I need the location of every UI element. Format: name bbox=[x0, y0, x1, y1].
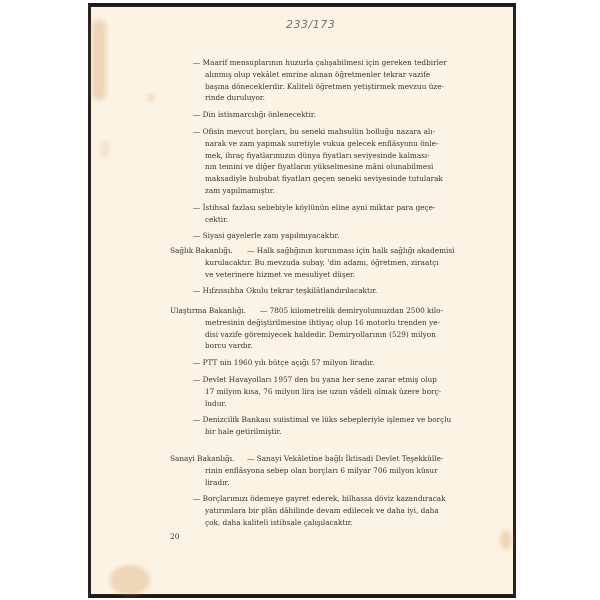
section-intro-line: metresinin değiştirilmesine ihtiyaç olup… bbox=[205, 317, 440, 329]
list-item-line: — Maarif mensuplarının huzurla çalışabil… bbox=[193, 57, 447, 69]
list-item-line: bir hale getirilmiştir. bbox=[205, 426, 282, 438]
paper-stain bbox=[500, 530, 512, 550]
page-number: 20 bbox=[170, 532, 180, 541]
section-heading: Sağlık Bakanlığı. bbox=[170, 245, 233, 257]
list-item-line: başına döneceklerdir. Kaliteli öğretmen … bbox=[205, 81, 444, 93]
section-heading: Sanayi Bakanlığı. bbox=[170, 453, 234, 465]
list-item-line: rinde duruluyor. bbox=[205, 92, 265, 104]
list-item-line: — Hıfzıssıhha Okulu tekrar teşkilâtlandı… bbox=[193, 285, 377, 297]
paper-stain bbox=[100, 140, 110, 158]
list-item-line: zam yapılmamıştır. bbox=[205, 185, 275, 197]
list-item-line: 17 milyon kısa, 76 milyon lira ise uzun … bbox=[205, 386, 441, 398]
section-intro-line: ve veterinere hizmet ve mesuliyet düşer. bbox=[205, 269, 355, 281]
section-intro-line: borcu vardır. bbox=[205, 340, 253, 352]
handwritten-note: 233/173 bbox=[286, 18, 335, 31]
list-item-line: — Siyasi gayelerle zam yapılmıyacaktır. bbox=[193, 230, 340, 242]
section-intro-line: rinin enflâsyona sebep olan borçları 6 m… bbox=[205, 465, 438, 477]
section-intro-line: — Halk sağlığının korunması için halk sa… bbox=[247, 245, 454, 257]
list-item-line: — Borçlarımızı ödemeye gayret ederek, bi… bbox=[193, 493, 446, 505]
list-item-line: — Ofisin mevcut borçları, bu seneki mahs… bbox=[193, 126, 435, 138]
list-item-line: yatırımlara bir plân dâhilinde devam edi… bbox=[205, 505, 439, 517]
list-item-line: ludur. bbox=[205, 398, 226, 410]
section-intro-line: liradır. bbox=[205, 477, 230, 489]
section-intro-line: — Sanayi Vekâletine bağlı İktisadi Devle… bbox=[247, 453, 443, 465]
list-item-line: mek, ihraç fiyatlarımızın dünya fiyatlar… bbox=[205, 150, 430, 162]
list-item-line: maksadiyle hububat fiyatları geçen senek… bbox=[205, 173, 443, 185]
list-item-line: — PTT nin 1960 yılı bütçe açığı 57 milyo… bbox=[193, 357, 374, 369]
list-item-line: nın temini ve diğer fiyatların yükselmes… bbox=[205, 161, 433, 173]
paper-stain bbox=[110, 565, 150, 595]
section-heading: Ulaştırma Bakanlığı. bbox=[170, 305, 246, 317]
list-item-line: — Din istismarcılığı önlenecektir. bbox=[193, 109, 316, 121]
section-intro-line: kurulacaktır. Bu mevzuda subay, 'din ada… bbox=[205, 257, 439, 269]
section-intro-line: disi vazife göremiyecek haldedir. Demiry… bbox=[205, 329, 436, 341]
list-item-line: çok, daha kaliteli istihsale çalışılacak… bbox=[205, 517, 353, 529]
list-item-line: alınmış olup vekâlet emrine alınan öğret… bbox=[205, 69, 430, 81]
paper-stain bbox=[148, 94, 154, 102]
list-item-line: narak ve zam yapmak suretiyle vukua gele… bbox=[205, 138, 438, 150]
list-item-line: — Devlet Havayolları 1957 den bu yana he… bbox=[193, 374, 437, 386]
list-item-line: cektir. bbox=[205, 214, 228, 226]
list-item-line: — İstihsal fazlası sebebiyle köylünün el… bbox=[193, 202, 435, 214]
section-intro-line: — 7805 kilometrelik demiryolumuzdan 2500… bbox=[260, 305, 443, 317]
list-item-line: — Denizcilik Bankası suiistimal ve lüks … bbox=[193, 414, 451, 426]
paper-stain bbox=[92, 20, 106, 100]
